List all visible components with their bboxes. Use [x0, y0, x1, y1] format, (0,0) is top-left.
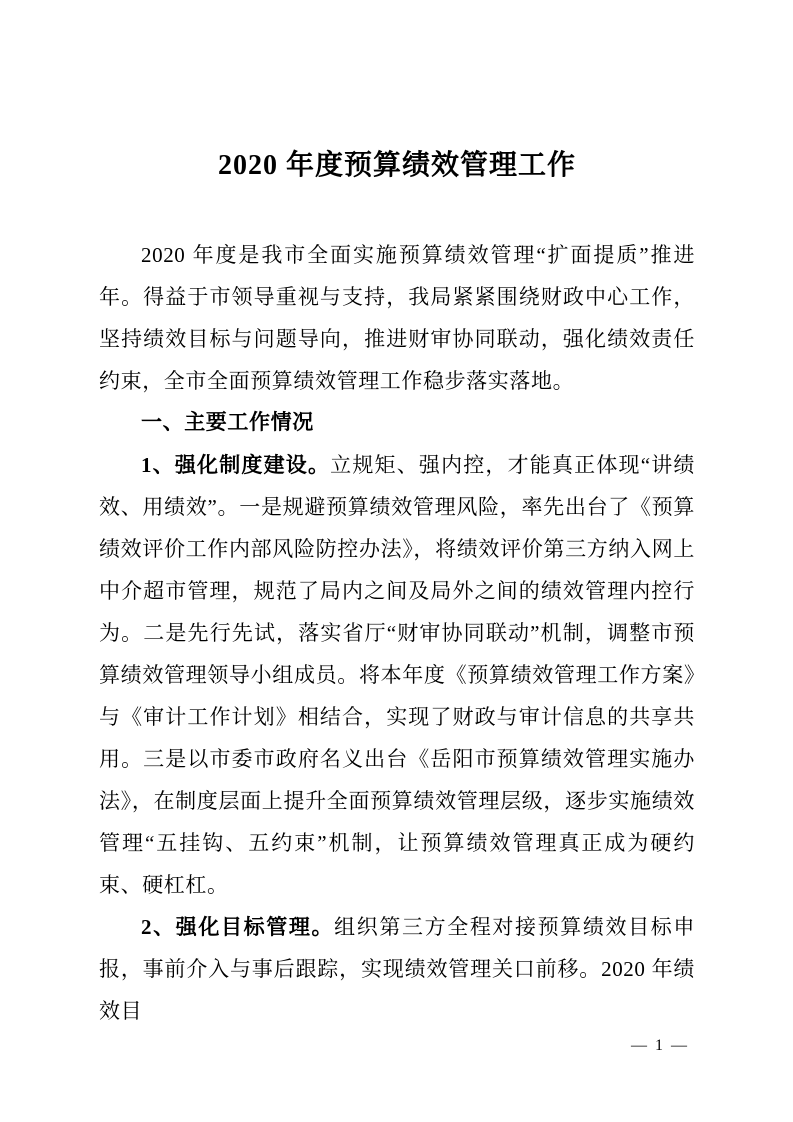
document-content: 2020 年度预算绩效管理工作 2020 年度是我市全面实施预算绩效管理“扩面提… — [99, 146, 695, 1032]
page-title: 2020 年度预算绩效管理工作 — [99, 146, 695, 186]
item-1-body: 立规矩、强内控，才能真正体现“讲绩效、用绩效”。一是规避预算绩效管理风险，率先出… — [99, 453, 695, 897]
document-page: 2020 年度预算绩效管理工作 2020 年度是我市全面实施预算绩效管理“扩面提… — [0, 0, 793, 1122]
paragraph-item-2: 2、强化目标管理。组织第三方全程对接预算绩效目标申报，事前介入与事后跟踪，实现绩… — [99, 906, 695, 1032]
page-number: — 1 — — [631, 1036, 689, 1056]
section-heading-main-work: 一、主要工作情况 — [99, 402, 695, 444]
item-1-lead: 1、强化制度建设。 — [141, 453, 330, 477]
paragraph-item-1: 1、强化制度建设。立规矩、强内控，才能真正体现“讲绩效、用绩效”。一是规避预算绩… — [99, 444, 695, 906]
item-2-lead: 2、强化目标管理。 — [141, 915, 334, 939]
intro-paragraph: 2020 年度是我市全面实施预算绩效管理“扩面提质”推进年。得益于市领导重视与支… — [99, 234, 695, 402]
